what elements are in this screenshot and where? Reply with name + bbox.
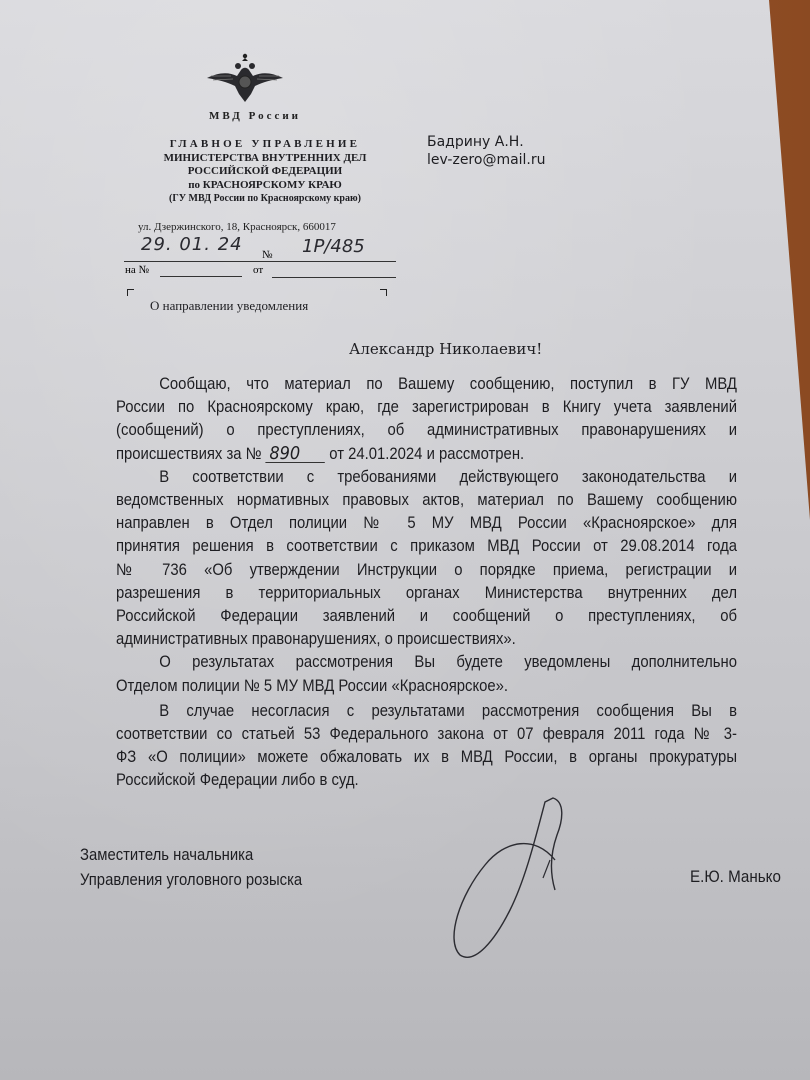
signatory-position: Заместитель начальника Управления уголов… [80, 843, 302, 893]
body-line: разрешения в территориальных органах Мин… [116, 582, 737, 605]
paragraph-1: Сообщаю, что материал по Вашему сообщени… [116, 373, 737, 466]
handwritten-signature-icon [425, 790, 575, 960]
body-line: соответствии со статьей 53 Федерального … [116, 723, 737, 746]
paragraph-2: В соответствии с требованиями действующе… [116, 466, 737, 652]
org-line: (ГУ МВД России по Красноярскому краю) [120, 192, 410, 206]
body-line: России по Красноярскому краю, где зареги… [116, 396, 737, 419]
corner-mark-right [380, 289, 387, 296]
org-line: по КРАСНОЯРСКОМУ КРАЮ [120, 179, 410, 193]
greeting: Александр Николаевич! [349, 340, 542, 358]
reply-to-label: на № [125, 264, 149, 276]
body-line: принятия решения в соответствии с приказ… [116, 535, 737, 558]
double-headed-eagle-emblem-icon [205, 52, 285, 108]
body-text-fragment: происшествиях за № [116, 445, 262, 463]
body-line: Российской Федерации заявлений и сообщен… [116, 605, 737, 628]
letter-paper: МВД России ГЛАВНОЕ УПРАВЛЕНИЕ МИНИСТЕРСТ… [0, 0, 810, 1080]
letter-body: Сообщаю, что материал по Вашему сообщени… [116, 373, 737, 793]
body-line: ведомственных нормативных правовых актов… [116, 489, 737, 512]
paragraph-3: О результатах рассмотрения Вы будете уве… [116, 651, 737, 697]
org-address: ул. Дзержинского, 18, Красноярск, 660017 [138, 221, 336, 233]
body-line: административных правонарушениях, о прои… [116, 628, 737, 651]
recipient-name: Бадрину А.Н. [427, 133, 546, 151]
body-text-fragment: от 24.01.2024 и рассмотрен. [329, 445, 524, 463]
reply-from-rule [272, 277, 396, 278]
signer-name: Е.Ю. Манько [690, 868, 781, 887]
body-line: В соответствии с требованиями действующе… [116, 466, 737, 489]
position-line-2: Управления уголовного розыска [80, 868, 302, 893]
body-line: В случае несогласия с результатами рассм… [116, 700, 737, 723]
position-line-1: Заместитель начальника [80, 843, 302, 868]
org-line: ГЛАВНОЕ УПРАВЛЕНИЕ [120, 138, 410, 152]
reply-to-rule [160, 276, 242, 277]
agency-short-name: МВД России [209, 110, 301, 122]
body-line: происшествиях за № 890 от 24.01.2024 и р… [116, 443, 737, 466]
org-line: МИНИСТЕРСТВА ВНУТРЕННИХ ДЕЛ [120, 152, 410, 166]
body-line: О результатах рассмотрения Вы будете уве… [116, 651, 737, 674]
body-line: ФЗ «О полиции» можете обжаловать их в МВ… [116, 746, 737, 769]
date-number-rule [124, 261, 396, 262]
body-line: Сообщаю, что материал по Вашему сообщени… [116, 373, 737, 396]
body-line: № 736 «Об утверждении Инструкции о поряд… [116, 559, 737, 582]
number-label: № [262, 249, 273, 261]
body-line: (сообщений) о преступлениях, об админист… [116, 419, 737, 442]
letter-subject: О направлении уведомления [150, 298, 308, 314]
body-line: Отделом полиции № 5 МУ МВД России «Красн… [116, 675, 737, 698]
handwritten-date: 29. 01. 24 [141, 234, 243, 255]
handwritten-reg-number: 1Р/485 [302, 236, 365, 257]
corner-mark-left [127, 289, 134, 296]
body-line: направлен в Отдел полиции № 5 МУ МВД Рос… [116, 512, 737, 535]
handwritten-registry-number: 890 [266, 446, 325, 463]
recipient-block: Бадрину А.Н. lev-zero@mail.ru [427, 133, 546, 169]
org-line: РОССИЙСКОЙ ФЕДЕРАЦИИ [120, 165, 410, 179]
reply-from-label: от [253, 264, 263, 276]
organization-header: ГЛАВНОЕ УПРАВЛЕНИЕ МИНИСТЕРСТВА ВНУТРЕНН… [120, 138, 410, 206]
paragraph-4: В случае несогласия с результатами рассм… [116, 700, 737, 793]
recipient-email: lev-zero@mail.ru [427, 151, 546, 169]
